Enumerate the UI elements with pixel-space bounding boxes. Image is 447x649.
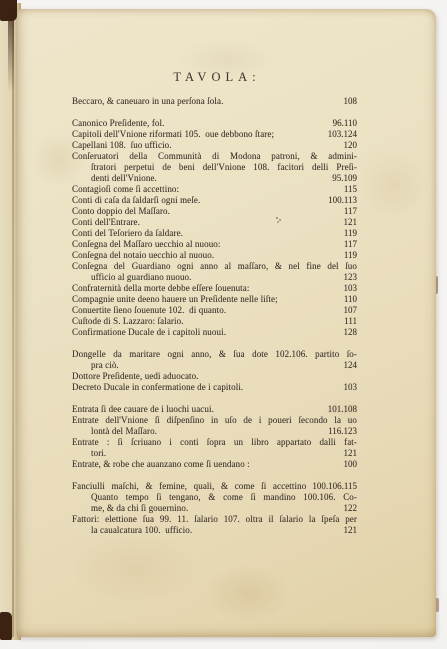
entry-text: Conſegna del Maſſaro uecchio al nuouo: <box>72 239 221 250</box>
toc-entry: Entrate : ſi ſcriuano i conti ſopra un l… <box>72 437 357 448</box>
entry-page-number: 101.108 <box>322 404 357 415</box>
toc-entry: Compagnie unite deeno hauere un Preſiden… <box>72 294 357 305</box>
spine-shadow <box>8 0 14 92</box>
toc-entry: Fattori: elettione ſua 99. 11. ſalario 1… <box>72 514 357 525</box>
entry-page-number: 121 <box>338 448 358 459</box>
toc-entry: Conſegna del Maſſaro uecchio al nuouo:11… <box>72 239 357 250</box>
entry-text: Conſegna del Guardiano ogni anno al maſſ… <box>72 261 357 272</box>
entry-text: Dottore Preſidente, uedi aduocato. <box>72 371 199 382</box>
entry-text: Conſeruatori della Communità di Modona p… <box>72 151 357 162</box>
entry-page-number: 119 <box>338 250 357 261</box>
entry-page-number: 111 <box>338 316 357 327</box>
entry-page-number: 116.123 <box>322 426 357 437</box>
toc-entry: la caualcatura 100. ufficio.121 <box>72 525 357 536</box>
book-photo: TAVOLA: Beccaro, & caneuaro in una perſo… <box>0 0 447 649</box>
toc-entry: tori.121 <box>72 448 357 459</box>
entry-text: Conſegna del notaio uecchio al nuouo. <box>72 250 214 261</box>
toc-entry: ufficio al guardiano nuouo.123 <box>72 272 357 283</box>
entry-text: Entrate, & robe che auanzano come ſi uen… <box>72 459 250 470</box>
entry-text: lontà del Maſſaro. <box>91 426 157 437</box>
toc-entry: me, & da chi ſi gouernino.122 <box>72 503 357 514</box>
toc-entry: Entrata ſi dee cauare de i luochi uacui.… <box>72 404 357 415</box>
toc-entry: Beccaro, & caneuaro in una perſona ſola.… <box>72 96 357 107</box>
toc-entry: Conti dell'Entrare.121 <box>72 217 357 228</box>
entry-page-number: 115 <box>338 184 357 195</box>
entry-page-number: 121 <box>338 525 358 536</box>
entry-text: Entrata ſi dee cauare de i luochi uacui. <box>72 404 214 415</box>
toc-entry: ſtratori perpetui de beni dell'Vnione 10… <box>72 162 357 173</box>
toc-entry: Dongelle da maritare ogni anno, & ſua do… <box>72 349 357 360</box>
entry-text: Canonico Preſidente, fol. <box>72 118 164 129</box>
entry-page-number: 100 <box>338 459 358 470</box>
entry-text: ſtratori perpetui de beni dell'Vnione 10… <box>91 162 357 173</box>
entry-text: Conuertite ſieno ſouenute 102. di quanto… <box>72 305 226 316</box>
entry-page-number: 108 <box>338 96 358 107</box>
toc-entry: Entrate dell'Vnione ſi diſpenſino in uſo… <box>72 415 357 426</box>
entry-text: Capitoli dell'Vnione riformati 105. oue … <box>72 129 274 140</box>
toc-entry: Conti del Teſoriero da ſaldare.119 <box>72 228 357 239</box>
entry-text: Decreto Ducale in confermatione de i cap… <box>72 382 243 393</box>
toc-entry: Confirmatione Ducale de i capitoli nuoui… <box>72 327 357 338</box>
entry-page-number: 107 <box>338 305 358 316</box>
entry-page-number: 103 <box>338 283 358 294</box>
toc-entry: Contagioſi come ſi accettino:115 <box>72 184 357 195</box>
entry-text: Conti dell'Entrare. <box>72 217 140 228</box>
toc-entry: Conſeruatori della Communità di Modona p… <box>72 151 357 162</box>
entry-text: Confraternità della morte debbe eſſere ſ… <box>72 283 249 294</box>
entry-text: Fattori: elettione ſua 99. 11. ſalario 1… <box>72 514 357 525</box>
toc-entry: Capitoli dell'Vnione riformati 105. oue … <box>72 129 357 140</box>
entry-text: Confirmatione Ducale de i capitoli nuoui… <box>72 327 226 338</box>
toc-entry: Canonico Preſidente, fol.96.110 <box>72 118 357 129</box>
entry-page-number: 96.110 <box>327 118 357 129</box>
entry-text: Contagioſi come ſi accettino: <box>72 184 179 195</box>
entry-text: Conto doppio del Maſſaro. <box>72 206 170 217</box>
entry-page-number: 110 <box>338 294 357 305</box>
entry-page-number: 124 <box>338 360 358 371</box>
entry-page-number: 103 <box>338 382 358 393</box>
entry-page-number: 95.109 <box>326 173 357 184</box>
toc-entry: Cuſtode di S. Lazzaro: ſalario.111 <box>72 316 357 327</box>
entry-page-number: 122 <box>338 503 358 514</box>
entry-page-number: 121 <box>338 217 358 228</box>
toc-entry: lontà del Maſſaro.116.123 <box>72 426 357 437</box>
entry-text: Entrate : ſi ſcriuano i conti ſopra un l… <box>72 437 357 448</box>
entry-page-number: 100.106.115 <box>306 481 357 492</box>
toc-entry: pra ciò.124 <box>72 360 357 371</box>
toc-title: TAVOLA: <box>72 70 357 85</box>
entry-text: Capellani 108. ſuo ufficio. <box>72 140 172 151</box>
entry-page-number: 117 <box>338 239 357 250</box>
entry-text: Quanto tempo ſi tengano, & come ſi mandi… <box>91 492 357 503</box>
entry-text: pra ciò. <box>91 360 119 371</box>
entry-text: la caualcatura 100. ufficio. <box>91 525 192 536</box>
spine-bottom <box>0 612 12 640</box>
entry-page-number: 120 <box>338 140 358 151</box>
entry-text: tori. <box>91 448 106 459</box>
toc-entry: denti dell'Vnione.95.109 <box>72 173 357 184</box>
toc-entry: Decreto Ducale in confermatione de i cap… <box>72 382 357 393</box>
entry-page-number: 117 <box>338 206 357 217</box>
ink-smudge-icon <box>276 217 278 219</box>
entry-text: Entrate dell'Vnione ſi diſpenſino in uſo… <box>72 415 357 426</box>
toc-entry: Conſegna del notaio uecchio al nuouo.119 <box>72 250 357 261</box>
entry-page-number: 103.124 <box>322 129 357 140</box>
toc-entry: Quanto tempo ſi tengano, & come ſi mandi… <box>72 492 357 503</box>
toc-entry: Conti di caſa da ſaldarſi ogni meſe.100.… <box>72 195 357 206</box>
entry-text: Compagnie unite deeno hauere un Preſiden… <box>72 294 278 305</box>
toc-entry: Conto doppio del Maſſaro.117 <box>72 206 357 217</box>
toc-entry: Dottore Preſidente, uedi aduocato. <box>72 371 357 382</box>
toc-entry: Conſegna del Guardiano ogni anno al maſſ… <box>72 261 357 272</box>
toc-entry: Capellani 108. ſuo ufficio.120 <box>72 140 357 151</box>
entry-text: denti dell'Vnione. <box>91 173 157 184</box>
toc-entry: Confraternità della morte debbe eſſere ſ… <box>72 283 357 294</box>
entry-page-number: 123 <box>338 272 358 283</box>
entry-text: Conti del Teſoriero da ſaldare. <box>72 228 183 239</box>
toc-entry: Entrate, & robe che auanzano come ſi uen… <box>72 459 357 470</box>
toc-entry: Conuertite ſieno ſouenute 102. di quanto… <box>72 305 357 316</box>
entry-page-number: 100.113 <box>322 195 357 206</box>
entry-text: ufficio al guardiano nuouo. <box>91 272 192 283</box>
toc-entry: Fanciulli maſchi, & femine, quali, & com… <box>72 481 357 492</box>
entry-text: me, & da chi ſi gouernino. <box>91 503 188 514</box>
entry-text: Conti di caſa da ſaldarſi ogni meſe. <box>72 195 200 206</box>
entry-text: Dongelle da maritare ogni anno, & ſua do… <box>72 349 357 360</box>
entry-text: Cuſtode di S. Lazzaro: ſalario. <box>72 316 184 327</box>
entry-page-number: 128 <box>338 327 358 338</box>
entry-page-number: 119 <box>338 228 357 239</box>
entry-text: Fanciulli maſchi, & femine, quali, & com… <box>72 481 306 492</box>
entry-text: Beccaro, & caneuaro in una perſona ſola. <box>72 96 223 107</box>
page-stack-gutter-line <box>12 0 14 637</box>
toc-entries: Beccaro, & caneuaro in una perſona ſola.… <box>72 96 357 536</box>
